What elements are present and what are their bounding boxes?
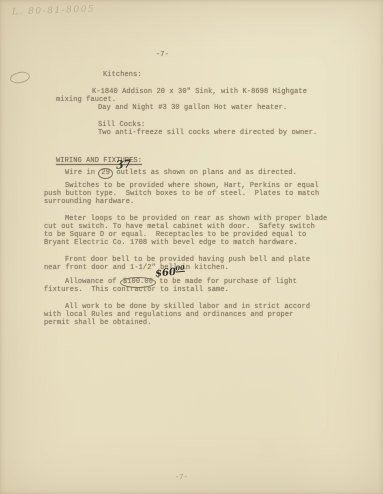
- spec-sink-line-2: mixing faucet.: [56, 96, 116, 104]
- spec-switches-2: push button type. Switch boxes to be of …: [44, 190, 319, 198]
- text-segment: Allowance of: [65, 278, 121, 286]
- spec-doorbell-1: Front door bell to be provided having pu…: [65, 256, 310, 264]
- spec-sill-cocks: Two anti-freeze sill cocks where directe…: [98, 129, 317, 137]
- spec-workmanship-1: All work to be done by skilled labor and…: [65, 303, 310, 311]
- spec-allowance-1: Allowance of $100.00 to be made for purc…: [65, 278, 297, 286]
- spec-sink-line-1: K-1840 Addison 20 x 30" Sink, with K-869…: [92, 88, 307, 96]
- text-segment: to be made for purchase of light: [155, 278, 297, 286]
- spec-switches-3: surrounding hardware.: [44, 198, 134, 206]
- text-segment: outlets as shown on plans and as directe…: [112, 169, 297, 177]
- heading-kitchens: Kitchens:: [103, 71, 142, 79]
- spec-meter-4: Bryant Electric Co. 1708 with bevel edge…: [44, 239, 298, 247]
- scanned-document-page: L. 80-81-8005 -7-Kitchens:K-1840 Addison…: [0, 0, 383, 494]
- spec-switches-1: Switches to be provided where shown, Har…: [65, 182, 319, 190]
- handwritten-bell-price-cents: 00: [175, 264, 185, 273]
- spec-workmanship-3: permit shall be obtained.: [44, 319, 152, 327]
- handwritten-bell-price: $6000: [154, 264, 185, 280]
- heading-sill-cocks: Sill Cocks:: [98, 121, 145, 129]
- text-segment: Wire in: [65, 169, 99, 177]
- spec-doorbell-2: near front door and 1-1/2" bell in kitch…: [44, 264, 229, 272]
- spec-workmanship-2: with local Rules and regulations and ord…: [44, 311, 293, 319]
- pencil-squiggle-mark: [9, 70, 31, 84]
- spec-outlets: Wire in 29 outlets as shown on plans and…: [65, 169, 297, 177]
- spec-meter-2: cut out switch. To have metal cabinet wi…: [44, 223, 315, 231]
- handwritten-outlet-count-revision: 37: [115, 157, 132, 172]
- page-number-footer: -7-: [175, 474, 188, 482]
- spec-water-heater: Day and Night #3 30 gallon Hot water hea…: [98, 104, 287, 112]
- handwritten-bell-price-dollars: $60: [155, 267, 177, 280]
- spec-meter-3: to be Square D or equal. Receptacles to …: [44, 231, 306, 239]
- spec-allowance-2: fixtures. This contractor to install sam…: [44, 286, 229, 294]
- handwritten-note-top-left: L. 80-81-8005: [12, 5, 95, 18]
- page-number-header: -7-: [156, 51, 169, 59]
- pencil-circled-value: 29: [98, 168, 113, 179]
- spec-meter-1: Meter loops to be provided on rear as sh…: [65, 215, 327, 223]
